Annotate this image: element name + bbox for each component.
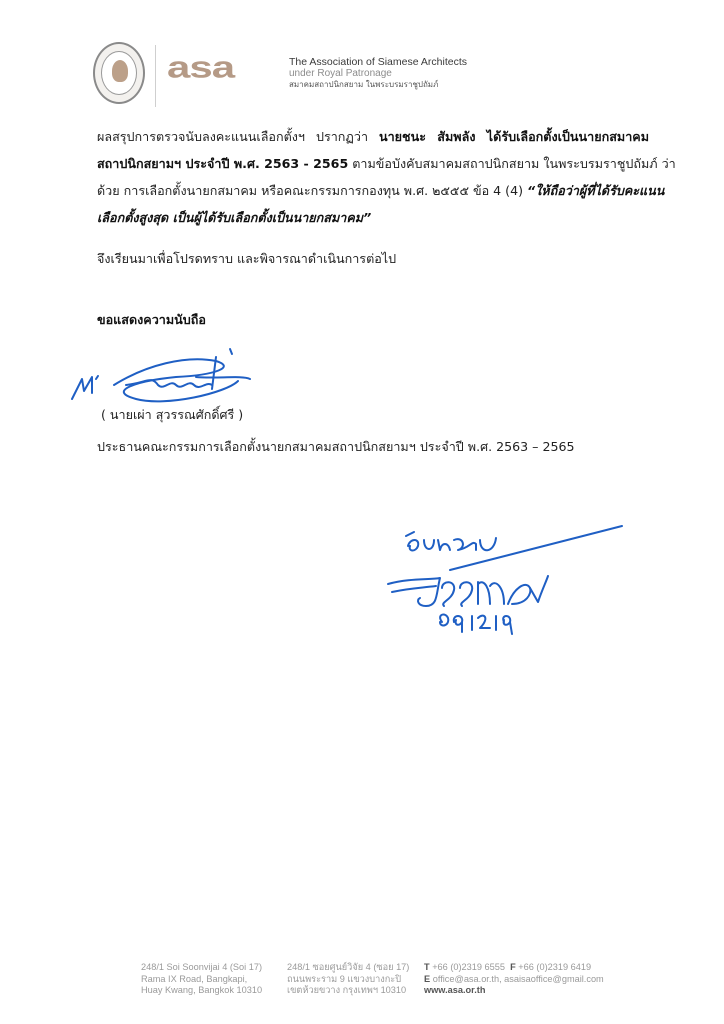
paragraph-line-1: ผลสรุปการตรวจนับลงคะแนนเลือกตั้งฯ ปรากฏว… — [97, 123, 649, 150]
org-name-th: สมาคมสถาปนิกสยาม ในพระบรมราชูปถัมภ์ — [289, 79, 467, 90]
signer-name: ( นายเผ่า สุวรรณศักดิ์ศรี ) — [101, 405, 243, 425]
term-years: สถาปนิกสยามฯ ประจำปี พ.ศ. 2563 - 2565 — [97, 156, 348, 171]
org-name-block: The Association of Siamese Architects un… — [289, 57, 467, 90]
footer-phone-fax: T +66 (0)2319 6555 F +66 (0)2319 6419 — [424, 962, 604, 974]
acknowledgement-annotation-icon — [380, 518, 630, 636]
footer-contact: T +66 (0)2319 6555 F +66 (0)2319 6419 E … — [424, 962, 604, 997]
paragraph-line-2: สถาปนิกสยามฯ ประจำปี พ.ศ. 2563 - 2565 ตา… — [97, 150, 649, 177]
phone-number[interactable]: +66 (0)2319 6555 — [432, 962, 505, 972]
regards-line: ขอแสดงความนับถือ — [97, 310, 206, 330]
winner-name: นายชนะ สัมพลัง ได้รับเลือกตั้งเป็นนายกสม… — [379, 129, 649, 144]
seal-inner-ring — [101, 51, 137, 95]
signature-icon — [66, 345, 256, 407]
quoted-rule: “ให้ถือว่าผู้ที่ได้รับคะแนน — [527, 183, 664, 198]
paragraph-line-3: ด้วย การเลือกตั้งนายกสมาคม หรือคณะกรรมกา… — [97, 177, 649, 204]
website-link[interactable]: www.asa.or.th — [424, 985, 604, 997]
fax-number: +66 (0)2319 6419 — [518, 962, 591, 972]
header-divider — [155, 45, 156, 107]
closing-line: จึงเรียนมาเพื่อโปรดทราบ และพิจารณาดำเนิน… — [97, 249, 396, 269]
quoted-rule-cont: เลือกตั้งสูงสุด เป็นผู้ได้รับเลือกตั้งเป… — [97, 210, 371, 225]
footer-email: E office@asa.or.th, asaisaoffice@gmail.c… — [424, 974, 604, 986]
footer-address-th: 248/1 ซอยศูนย์วิจัย 4 (ซอย 17) ถนนพระราม… — [287, 962, 409, 997]
email-link[interactable]: office@asa.or.th, asaisaoffice@gmail.com — [433, 974, 604, 984]
asa-logo: asa — [167, 53, 234, 82]
paragraph-line-4: เลือกตั้งสูงสุด เป็นผู้ได้รับเลือกตั้งเป… — [97, 204, 649, 231]
signer-title: ประธานคณะกรรมการเลือกตั้งนายกสมาคมสถาปนิ… — [97, 437, 575, 457]
footer-address-en: 248/1 Soi Soonvijai 4 (Soi 17) Rama IX R… — [141, 962, 262, 997]
org-subtitle-en: under Royal Patronage — [289, 68, 467, 79]
org-name-en: The Association of Siamese Architects — [289, 57, 467, 68]
result-paragraph: ผลสรุปการตรวจนับลงคะแนนเลือกตั้งฯ ปรากฏว… — [97, 123, 649, 231]
seal-emblem — [112, 60, 128, 82]
asa-seal-icon — [93, 42, 145, 104]
